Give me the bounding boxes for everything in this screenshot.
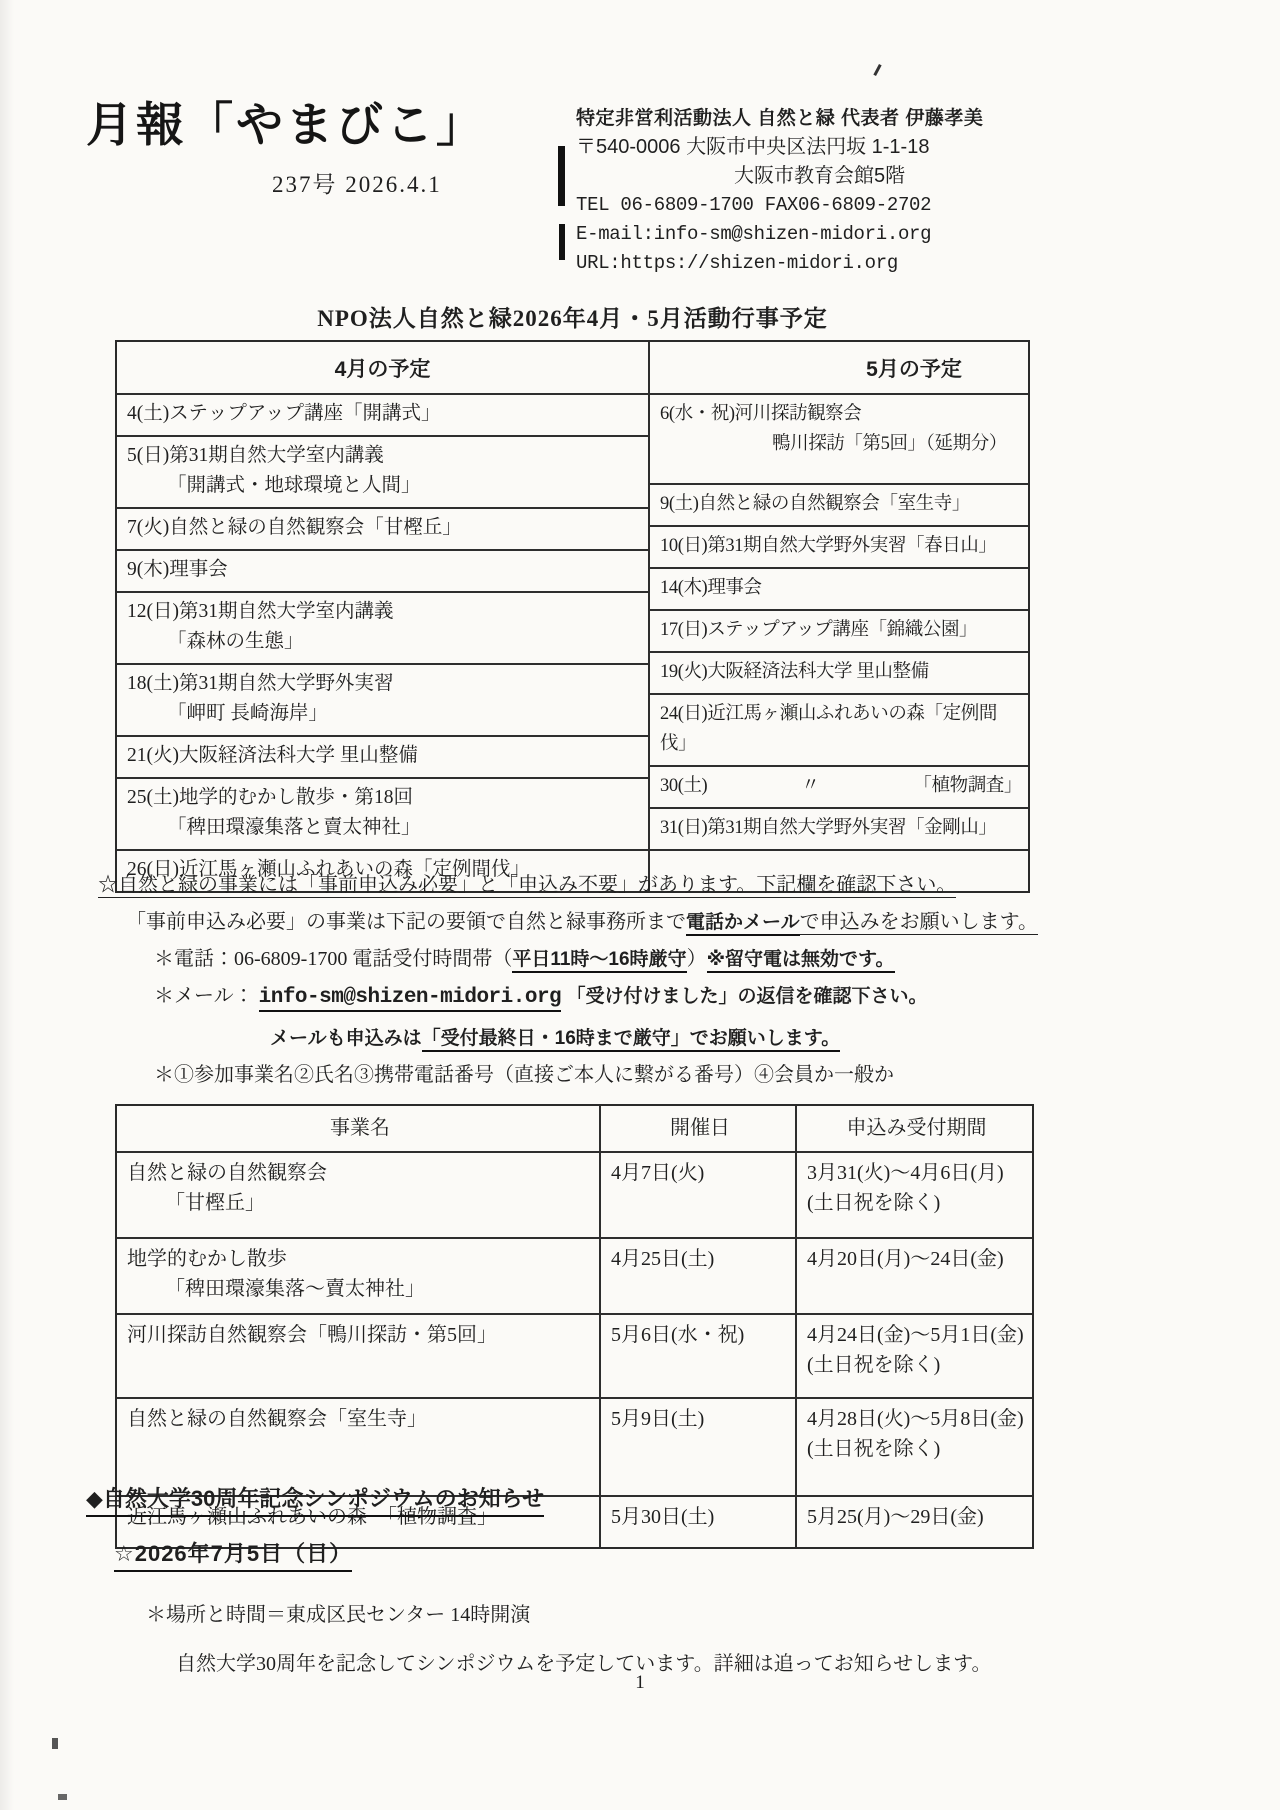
org-url: URL:https://shizen-midori.org	[576, 249, 983, 278]
apply-table-row: 河川探訪自然観察会「鴨川探訪・第5回」5月6日(水・祝)4月24日(金)～5月1…	[117, 1315, 1032, 1399]
org-tel-fax: TEL 06-6809-1700 FAX06-6809-2702	[576, 191, 983, 220]
event-text: 「岬町 長崎海岸」	[127, 699, 642, 729]
application-notes: ☆自然と緑の事業には「事前申込み必要」と「申込み不要」があります。下記欄を確認下…	[98, 872, 1188, 1099]
page-number: 1	[0, 1672, 1280, 1694]
april-event-row: 21(火)大阪経済法科大学 里山整備	[117, 737, 648, 779]
note-line: ☆自然と緑の事業には「事前申込み必要」と「申込み不要」があります。下記欄を確認下…	[98, 872, 1188, 899]
scan-artifact	[58, 1794, 67, 1800]
note-text: ）	[687, 948, 707, 970]
org-address-line1: 〒540-0006 大阪市中央区法円坂 1-1-18	[576, 133, 983, 162]
note-line: ＊電話：06-6809-1700 電話受付時間帯（平日11時～16時厳守）※留守…	[98, 946, 1188, 973]
org-address-line2: 大阪市教育会館5階	[576, 162, 983, 191]
newsletter-title: 月報「やまびこ」	[86, 88, 486, 155]
april-event-row: 12(日)第31期自然大学室内講義「森林の生態」	[117, 593, 648, 665]
event-name: 「稗田環濠集落～賣太神社」	[127, 1274, 593, 1304]
note-line: ＊①参加事業名②氏名③携帯電話番号（直接ご本人に繋がる番号）④会員か一般か	[98, 1062, 1188, 1089]
may-event-row: 31(日)第31期自然大学野外実習「金剛山」	[650, 809, 1028, 851]
april-event-row: 18(土)第31期自然大学野外実習「岬町 長崎海岸」	[117, 665, 648, 737]
scan-artifact	[559, 224, 565, 260]
april-event-row: 5(日)第31期自然大学室内講義「開講式・地球環境と人間」	[117, 437, 648, 509]
apply-table-row: 地学的むかし散歩「稗田環濠集落～賣太神社」4月25日(土)4月20日(月)～24…	[117, 1239, 1032, 1315]
april-event-row: 7(火)自然と緑の自然観察会「甘樫丘」	[117, 509, 648, 551]
event-text: 17(日)ステップアップ講座「錦織公園」	[660, 615, 1022, 645]
symposium-heading: ◆自然大学30周年記念シンポジウムのお知らせ	[86, 1482, 544, 1517]
apply-period: (土日祝を除く)	[807, 1434, 1026, 1464]
event-text: 30(土)	[660, 771, 707, 801]
may-rows: 6(水・祝)河川探訪観察会鴨川探訪「第5回」（延期分）9(土)自然と緑の自然観察…	[650, 395, 1028, 851]
may-event-row: 6(水・祝)河川探訪観察会鴨川探訪「第5回」（延期分）	[650, 395, 1028, 485]
apply-table-row: 自然と緑の自然観察会「甘樫丘」4月7日(火)3月31(火)～4月6日(月)(土日…	[117, 1153, 1032, 1239]
may-event-row: 19(火)大阪経済法科大学 里山整備	[650, 653, 1028, 695]
schedule-section: NPO法人自然と緑2026年4月・5月活動行事予定 4月の予定 4(土)ステップ…	[115, 300, 1030, 893]
may-header: 5月の予定	[650, 342, 1028, 395]
note-text: 電話かメール	[686, 912, 800, 936]
note-text: ☆自然と緑の事業には「事前申込み必要」と「申込み不要」があります。下記欄を確認下…	[98, 874, 956, 898]
org-info-block: 特定非営利活動法人 自然と緑 代表者 伊藤孝美 〒540-0006 大阪市中央区…	[576, 104, 983, 278]
event-text: 10(日)第31期自然大学野外実習「春日山」	[660, 531, 1022, 561]
issue-number: 237号 2026.4.1	[272, 166, 442, 199]
event-date: 5月9日(土)	[599, 1399, 795, 1495]
note-text: 「受け付けました」の返信を確認下さい。	[561, 986, 927, 1007]
apply-period: 4月24日(金)～5月1日(金)	[807, 1320, 1026, 1350]
may-event-row: 10(日)第31期自然大学野外実習「春日山」	[650, 527, 1028, 569]
note-line: 「事前申込み必要」の事業は下記の要領で自然と緑事務所まで電話かメールで申込みをお…	[98, 909, 1188, 936]
event-text: 25(土)地学的むかし散歩・第18回	[127, 783, 642, 813]
event-text: 4(土)ステップアップ講座「開講式」	[127, 399, 642, 429]
note-text: ＊①参加事業名②氏名③携帯電話番号（直接ご本人に繋がる番号）④会員か一般か	[154, 1064, 894, 1086]
scanned-newsletter-page: 月報「やまびこ」 237号 2026.4.1 特定非営利活動法人 自然と緑 代表…	[0, 0, 1280, 1810]
schedule-table-title: NPO法人自然と緑2026年4月・5月活動行事予定	[115, 300, 1030, 333]
event-text: 〃	[707, 771, 913, 801]
note-text: ※留守電は無効です。	[707, 949, 895, 973]
may-event-row: 24(日)近江馬ヶ瀬山ふれあいの森「定例間伐」	[650, 695, 1028, 767]
may-event-row: 30(土)〃「植物調査」	[650, 767, 1028, 809]
event-text: 「森林の生態」	[127, 627, 642, 657]
note-text: で申込みをお願いします。	[800, 911, 1038, 935]
apply-table-header-row: 事業名 開催日 申込み受付期間	[117, 1106, 1032, 1153]
note-text: 「事前申込み必要」の事業は下記の要領で自然と緑事務所まで	[126, 911, 686, 933]
event-name: 地学的むかし散歩	[127, 1244, 593, 1274]
april-column: 4月の予定 4(土)ステップアップ講座「開講式」5(日)第31期自然大学室内講義…	[117, 342, 650, 891]
note-text: 「受付最終日・16時まで厳守」でお願いします。	[422, 1028, 841, 1052]
apply-period: 4月28日(火)～5月8日(金)	[807, 1404, 1026, 1434]
event-name: 「甘樫丘」	[127, 1188, 593, 1218]
apply-period: 4月20日(月)～24日(金)	[807, 1244, 1026, 1274]
scan-artifact	[558, 146, 565, 206]
col-header-date: 開催日	[599, 1106, 795, 1151]
event-text: 9(土)自然と緑の自然観察会「室生寺」	[660, 489, 1022, 519]
event-text: 21(火)大阪経済法科大学 里山整備	[127, 741, 642, 771]
note-text: ＊メール：	[154, 985, 259, 1007]
apply-period: (土日祝を除く)	[807, 1350, 1026, 1380]
org-name: 特定非営利活動法人 自然と緑 代表者 伊藤孝美	[576, 104, 983, 133]
apply-period: 3月31(火)～4月6日(月)	[807, 1158, 1026, 1188]
event-text: 19(火)大阪経済法科大学 里山整備	[660, 657, 1022, 687]
april-event-row: 4(土)ステップアップ講座「開講式」	[117, 395, 648, 437]
event-text: 14(木)理事会	[660, 573, 1022, 603]
event-date: 5月6日(水・祝)	[599, 1315, 795, 1397]
event-text: 7(火)自然と緑の自然観察会「甘樫丘」	[127, 513, 642, 543]
note-line: メールも申込みは「受付最終日・16時まで厳守」でお願いします。	[98, 1025, 1188, 1052]
april-rows: 4(土)ステップアップ講座「開講式」5(日)第31期自然大学室内講義「開講式・地…	[117, 395, 648, 891]
note-text: ＊電話：06-6809-1700 電話受付時間帯（	[154, 948, 512, 970]
event-name: 河川探訪自然観察会「鴨川探訪・第5回」	[127, 1320, 593, 1350]
event-text: 鴨川探訪「第5回」（延期分）	[660, 429, 1022, 459]
event-text: 31(日)第31期自然大学野外実習「金剛山」	[660, 813, 1022, 843]
note-text: info-sm@shizen-midori.org	[259, 986, 562, 1012]
schedule-table: 4月の予定 4(土)ステップアップ講座「開講式」5(日)第31期自然大学室内講義…	[115, 340, 1030, 893]
note-text: メールも申込みは	[270, 1028, 422, 1049]
note-text: 平日11時～16時厳守	[512, 949, 686, 973]
may-event-row: 9(土)自然と緑の自然観察会「室生寺」	[650, 485, 1028, 527]
may-event-row: 17(日)ステップアップ講座「錦織公園」	[650, 611, 1028, 653]
col-header-period: 申込み受付期間	[795, 1106, 1032, 1151]
apply-period: (土日祝を除く)	[807, 1188, 1026, 1218]
event-text: 「稗田環濠集落と賣太神社」	[127, 813, 642, 843]
org-email: E-mail:info-sm@shizen-midori.org	[576, 220, 983, 249]
event-text: 「植物調査」	[913, 771, 1022, 801]
event-name: 自然と緑の自然観察会「室生寺」	[127, 1404, 593, 1434]
event-date: 4月25日(土)	[599, 1239, 795, 1313]
scan-artifact	[873, 64, 881, 76]
symposium-date: ☆2026年7月5日（日）	[114, 1537, 352, 1572]
april-event-row: 25(土)地学的むかし散歩・第18回「稗田環濠集落と賣太神社」	[117, 779, 648, 851]
scan-artifact	[52, 1738, 58, 1749]
event-text: 24(日)近江馬ヶ瀬山ふれあいの森「定例間伐」	[660, 699, 1022, 759]
event-text: 9(木)理事会	[127, 555, 642, 585]
april-header: 4月の予定	[117, 342, 648, 395]
event-date: 4月7日(火)	[599, 1153, 795, 1237]
april-event-row: 9(木)理事会	[117, 551, 648, 593]
event-text: 12(日)第31期自然大学室内講義	[127, 597, 642, 627]
event-name: 自然と緑の自然観察会	[127, 1158, 593, 1188]
event-text: 18(土)第31期自然大学野外実習	[127, 669, 642, 699]
may-column: 5月の予定 6(水・祝)河川探訪観察会鴨川探訪「第5回」（延期分）9(土)自然と…	[650, 342, 1028, 891]
symposium-section: ◆自然大学30周年記念シンポジウムのお知らせ ☆2026年7月5日（日） ＊場所…	[86, 1482, 1196, 1676]
symposium-place: ＊場所と時間＝東成区民センター 14時開演	[146, 1598, 1196, 1627]
event-text: 6(水・祝)河川探訪観察会	[660, 399, 1022, 429]
event-text: 5(日)第31期自然大学室内講義	[127, 441, 642, 471]
event-text: 「開講式・地球環境と人間」	[127, 471, 642, 501]
note-line: ＊メール： info-sm@shizen-midori.org 「受け付けました…	[98, 983, 1188, 1011]
may-event-row: 14(木)理事会	[650, 569, 1028, 611]
col-header-event: 事業名	[117, 1106, 599, 1151]
